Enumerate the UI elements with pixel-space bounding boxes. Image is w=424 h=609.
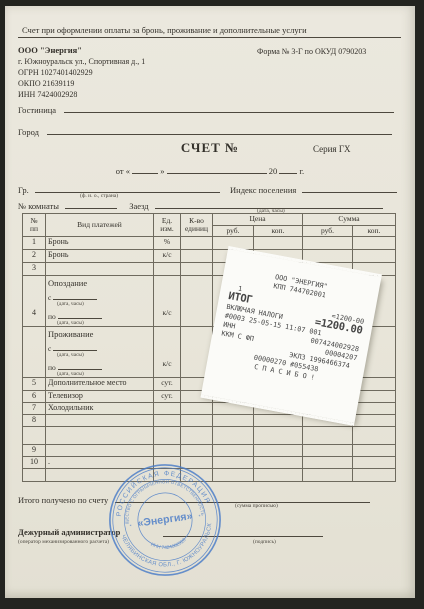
- company-okpo: ОКПО 21639119: [18, 78, 145, 89]
- payment-block-title: Проживание: [48, 329, 151, 339]
- header-sum: Сумма: [303, 214, 396, 226]
- qty-cell: [181, 403, 213, 415]
- table-header-row: №пп Вид платежей Ед.изм. К-воединиц Цена…: [23, 214, 396, 226]
- price-kop-cell: [254, 469, 303, 482]
- cash-receipt: ООО "ЭНЕРГИЯ"КПП 744702001 1ИТОГ=1200-00…: [201, 249, 381, 423]
- unit-cell: [154, 403, 181, 415]
- payment-type-cell: [46, 415, 154, 427]
- series-label: Серия ГХ: [313, 144, 351, 154]
- round-stamp: РОССИЙСКАЯ ФЕДЕРАЦИЯ ЧЕЛЯБИНСКАЯ ОБЛ., Г…: [99, 454, 230, 585]
- header-quantity: К-воединиц: [181, 214, 213, 237]
- period-blank-line: [53, 290, 97, 300]
- price-rub-cell: [213, 457, 254, 469]
- total-caption: (сумма прописью): [235, 503, 278, 509]
- sum-kop-cell: [353, 415, 396, 427]
- qty-cell: [181, 276, 213, 327]
- price-kop-cell: [254, 237, 303, 250]
- guest-label: Гр.: [18, 185, 29, 195]
- unit-cell: [154, 263, 181, 276]
- total-label: Итого получено по счету: [18, 495, 108, 505]
- price-kop-cell: [254, 427, 303, 445]
- row-number: 2: [23, 250, 46, 263]
- header-sum-rub: руб.: [303, 225, 353, 237]
- datetime-caption: (дата, часы): [57, 302, 151, 307]
- company-address: г. Южноуральск ул., Спортивная д., 1: [18, 56, 145, 67]
- payment-type-cell: Опозданиес (дата, часы)по (дата, часы): [46, 276, 154, 327]
- datetime-caption: (дата, часы): [57, 372, 151, 377]
- row-number: 10: [23, 457, 46, 469]
- price-rub-cell: [213, 469, 254, 482]
- guest-row: Гр. Индекс поселения: [18, 183, 397, 195]
- header-payment-type: Вид платежей: [46, 214, 154, 237]
- sum-kop-cell: [353, 469, 396, 482]
- qty-cell: [181, 237, 213, 250]
- row-number: 1: [23, 237, 46, 250]
- period-blank-line: [53, 341, 97, 351]
- sum-kop-cell: [353, 427, 396, 445]
- price-rub-cell: [213, 445, 254, 457]
- payment-type-cell: [46, 263, 154, 276]
- unit-cell: [154, 445, 181, 457]
- header-unit: Ед.изм.: [154, 214, 181, 237]
- datetime-caption: (дата, часы): [57, 321, 151, 326]
- company-block: ООО "Энергия" г. Южноуральск ул., Спорти…: [18, 45, 145, 100]
- payment-type-cell: Проживаниес (дата, часы)по (дата, часы): [46, 327, 154, 378]
- date-day-blank: [132, 164, 158, 174]
- row-number: 8: [23, 415, 46, 427]
- room-row: № комнаты Заезд: [18, 199, 383, 211]
- hotel-row: Гостиница: [18, 103, 394, 115]
- qty-cell: [181, 415, 213, 427]
- sum-kop-cell: [353, 403, 396, 415]
- room-blank-line: [65, 199, 117, 209]
- price-rub-cell: [213, 415, 254, 427]
- index-blank-line: [302, 183, 397, 193]
- payment-type-cell: Телевизор: [46, 391, 154, 403]
- date-from-label: от «: [116, 166, 130, 176]
- sum-rub-cell: [303, 237, 353, 250]
- date-row: от « » 20 г.: [5, 164, 415, 176]
- row-number: [23, 327, 46, 378]
- payment-type-cell: Бронь: [46, 237, 154, 250]
- row-number: 3: [23, 263, 46, 276]
- unit-cell: %: [154, 237, 181, 250]
- arrival-label: Заезд: [129, 201, 148, 211]
- row-number: 5: [23, 378, 46, 391]
- date-quote-close: »: [160, 166, 164, 176]
- date-g-label: г.: [300, 166, 305, 176]
- unit-cell: [154, 427, 181, 445]
- sum-rub-cell: [303, 445, 353, 457]
- document-title: Счет при оформлении оплаты за бронь, про…: [18, 25, 401, 38]
- index-label: Индекс поселения: [230, 185, 296, 195]
- receipt-body: ООО "ЭНЕРГИЯ"КПП 744702001 1ИТОГ=1200-00…: [206, 249, 382, 397]
- row-number: [23, 427, 46, 445]
- unit-cell: к/с: [154, 250, 181, 263]
- unit-cell: [154, 415, 181, 427]
- qty-cell: [181, 427, 213, 445]
- stamp-center-text: «Энергия»: [137, 510, 194, 530]
- unit-cell: к/с: [154, 276, 181, 327]
- sum-kop-cell: [353, 445, 396, 457]
- header-price-rub: руб.: [213, 225, 254, 237]
- sum-rub-cell: [303, 427, 353, 445]
- guest-blank-line: [35, 183, 220, 193]
- row-number: 6: [23, 391, 46, 403]
- date-month-blank: [167, 164, 267, 174]
- hotel-label: Гостиница: [18, 105, 56, 115]
- period-blank-line: [58, 360, 102, 370]
- sum-kop-cell: [353, 237, 396, 250]
- scanned-invoice: { "header": { "title": "Счет при оформле…: [0, 0, 424, 609]
- admin-label: Дежурный администратор: [18, 527, 120, 537]
- city-row: Город: [18, 125, 392, 137]
- table-row: 1Бронь%: [23, 237, 396, 250]
- stamp-left-star: *: [129, 524, 132, 530]
- row-number: [23, 469, 46, 482]
- table-row: [23, 427, 396, 445]
- sum-rub-cell: [303, 469, 353, 482]
- sum-rub-cell: [303, 457, 353, 469]
- header-num: №пп: [23, 214, 46, 237]
- table-row: 2Броньк/с: [23, 250, 396, 263]
- sum-kop-cell: [353, 250, 396, 263]
- header-price-kop: коп.: [254, 225, 303, 237]
- company-name: ООО "Энергия": [18, 45, 145, 56]
- payment-type-cell: [46, 445, 154, 457]
- city-blank-line: [47, 125, 392, 135]
- payment-block-title: Опоздание: [48, 278, 151, 288]
- price-kop-cell: [254, 445, 303, 457]
- sum-kop-cell: [353, 457, 396, 469]
- invoice-title: СЧЕТ №: [5, 140, 415, 156]
- payment-type-cell: Бронь: [46, 250, 154, 263]
- room-label: № комнаты: [18, 201, 59, 211]
- price-kop-cell: [254, 415, 303, 427]
- row-number: 4: [23, 276, 46, 327]
- company-ogrn: ОГРН 1027401402929: [18, 67, 145, 78]
- price-rub-cell: [213, 427, 254, 445]
- admin-caption: (оператор механизированного расчета): [18, 539, 109, 545]
- header-sum-kop: коп.: [353, 225, 396, 237]
- datetime-caption: (дата, часы): [57, 353, 151, 358]
- payment-type-cell: Дополнительное место: [46, 378, 154, 391]
- row-number: 9: [23, 445, 46, 457]
- sign-caption: (подпись): [253, 539, 276, 545]
- city-label: Город: [18, 127, 39, 137]
- company-inn: ИНН 7424002928: [18, 89, 145, 100]
- date-year-prefix: 20: [269, 166, 278, 176]
- hotel-blank-line: [64, 103, 394, 113]
- unit-cell: к/с: [154, 327, 181, 378]
- qty-cell: [181, 263, 213, 276]
- period-blank-line: [58, 309, 102, 319]
- document-page: Счет при оформлении оплаты за бронь, про…: [5, 6, 415, 598]
- qty-cell: [181, 250, 213, 263]
- stamp-inner-bottom-text: ИНН 7424002928: [149, 536, 189, 553]
- header-price: Цена: [213, 214, 303, 226]
- price-kop-cell: [254, 457, 303, 469]
- form-reference: Форма № 3-Г по ОКУД 0790203: [257, 47, 366, 56]
- row-number: 7: [23, 403, 46, 415]
- unit-cell: сут.: [154, 378, 181, 391]
- payment-type-cell: [46, 427, 154, 445]
- unit-cell: сут.: [154, 391, 181, 403]
- date-year-blank: [279, 164, 297, 174]
- payment-type-cell: Холодильник: [46, 403, 154, 415]
